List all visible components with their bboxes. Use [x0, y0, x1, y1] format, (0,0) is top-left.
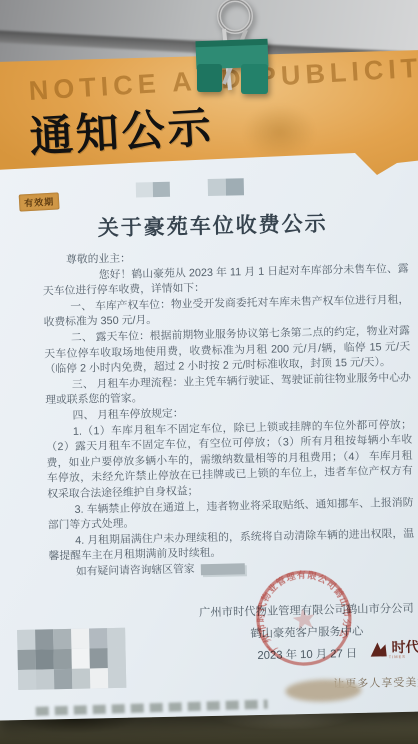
- binder-clip: [188, 0, 280, 102]
- censored-block-bottom: [17, 628, 126, 690]
- brand-name: 时代: [391, 640, 418, 655]
- mosaic-cell: [71, 629, 89, 649]
- mosaic-cell: [18, 670, 36, 690]
- mosaic-cell: [53, 649, 71, 669]
- mosaic-cell: [72, 669, 90, 689]
- mosaic-cell: [226, 178, 244, 195]
- mosaic-cell: [108, 668, 126, 688]
- mosaic-cell: [107, 628, 125, 648]
- censored-phone: [201, 563, 245, 575]
- contact-label: 如有疑问请咨询辖区管家: [76, 563, 195, 577]
- mosaic-cell: [36, 669, 54, 689]
- mosaic-cell: [89, 628, 107, 648]
- binder-clip-foot-right: [241, 64, 268, 94]
- mosaic-cell: [208, 179, 226, 196]
- paragraph-item-2: 二、 露天车位：根据前期物业服务协议第七条第二点的约定，物业对露天车位停车收取场…: [44, 324, 411, 378]
- notice-paper: 有效期 关于豪苑车位收费公示 尊敬的业主： 您好！鹤山豪苑从 2023 年 11…: [0, 146, 418, 721]
- notice-body: 尊敬的业主： 您好！鹤山豪苑从 2023 年 11 月 1 日起对车库部分未售车…: [42, 246, 415, 581]
- binder-clip-wire-loop-shadow: [219, 0, 251, 32]
- censored-block-top-right: [208, 178, 244, 196]
- brand-logo: 时代 TIMES: [368, 640, 418, 660]
- stamp-star-icon: [291, 606, 316, 630]
- mosaic-cell: [18, 650, 36, 670]
- banner-title: 通知公示: [28, 94, 215, 165]
- mosaic-cell: [89, 648, 107, 668]
- censored-block-top-left: [136, 182, 170, 198]
- times-logo-icon: [368, 640, 388, 658]
- mosaic-cell: [35, 629, 53, 649]
- notice-title: 关于豪苑车位收费公示: [0, 205, 418, 244]
- page-curl: [285, 679, 361, 703]
- mosaic-cell: [17, 630, 35, 650]
- mosaic-cell: [136, 182, 153, 197]
- mosaic-cell: [90, 668, 108, 688]
- footer-blurred-text: [36, 700, 268, 716]
- mosaic-cell: [35, 649, 53, 669]
- mosaic-cell: [53, 629, 71, 649]
- validity-badge: 有效期: [19, 192, 60, 211]
- official-stamp: 广州市时代物业管理有限公司鹤山市分公司: [244, 558, 363, 677]
- mosaic-cell: [153, 182, 170, 197]
- mosaic-cell: [54, 669, 72, 689]
- mosaic-cell: [71, 649, 89, 669]
- binder-clip-foot-left: [197, 64, 222, 92]
- notice-photo: 有效期 关于豪苑车位收费公示 尊敬的业主： 您好！鹤山豪苑从 2023 年 11…: [0, 0, 418, 744]
- mosaic-cell: [107, 648, 125, 668]
- paragraph-rule-1: 1.（1）车库月租车不固定车位，除已上锁或挂牌的车位外都可停放；（2）露天月租车…: [46, 417, 414, 503]
